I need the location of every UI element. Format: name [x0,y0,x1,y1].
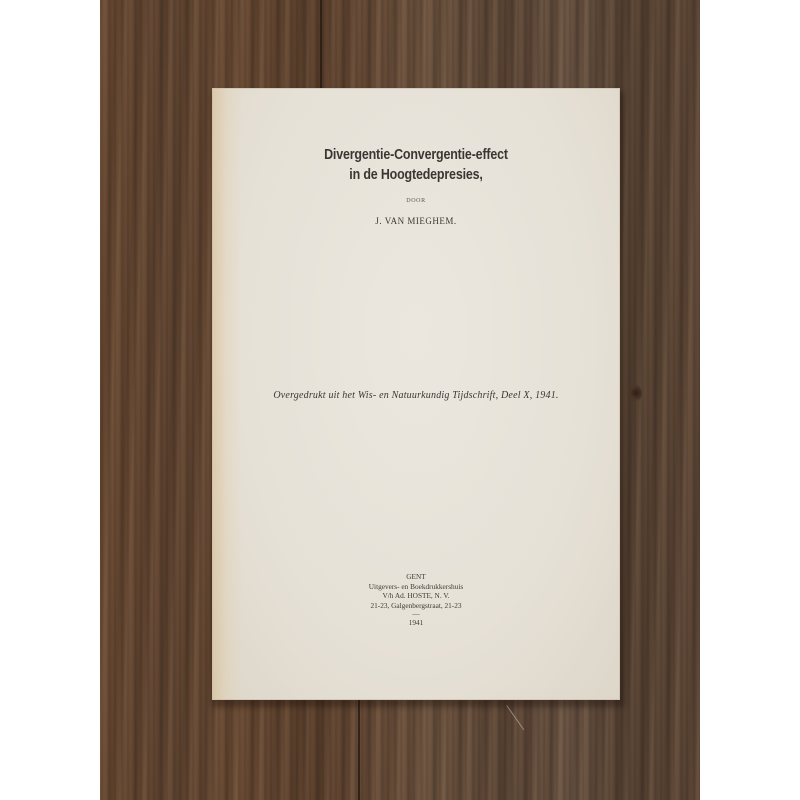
title-line-2: in de Hoogtedepresies, [241,165,592,185]
author-name: J. VAN MIEGHEM. [212,216,620,226]
by-label: DOOR [212,198,620,204]
imprint-year: 1941 [212,618,620,628]
wood-knot [630,385,642,401]
floor-board-seam [320,0,322,90]
imprint-city: GENT [212,572,620,582]
imprint-firm: V/h Ad. HOSTE, N. V. [212,591,620,601]
title-line-1: Divergentie-Convergentie-effect [241,145,592,165]
booklet-title: Divergentie-Convergentie-effect in de Ho… [241,145,592,185]
imprint-publisher: Uitgevers- en Boekdrukkershuis [212,582,620,592]
imprint-separator: — [212,610,620,618]
booklet-cover: Divergentie-Convergentie-effect in de Ho… [212,88,620,700]
floor-board-seam [358,700,360,800]
reprint-note: Overgedrukt uit het Wis- en Natuurkundig… [212,390,620,401]
floor-scratch [506,705,524,730]
wood-floor-photo: Divergentie-Convergentie-effect in de Ho… [100,0,700,800]
publisher-imprint: GENT Uitgevers- en Boekdrukkershuis V/h … [212,572,620,628]
